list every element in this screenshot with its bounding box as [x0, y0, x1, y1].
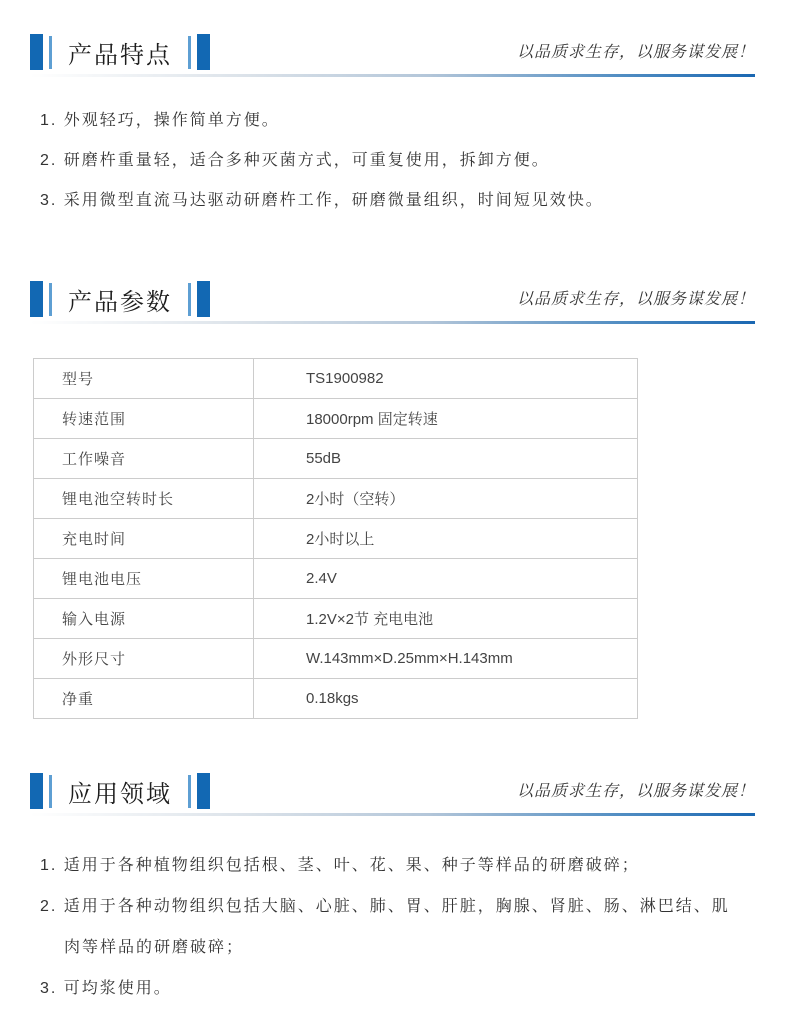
application-list: 1. 适用于各种植物组织包括根、茎、叶、花、果、种子等样品的研磨破碎； 2. 适…: [40, 845, 746, 1009]
accent-bar-thin-left-icon: [49, 775, 52, 808]
table-row: 充电时间 2小时以上: [34, 519, 638, 559]
param-label: 锂电池空转时长: [34, 479, 254, 519]
param-label: 锂电池电压: [34, 559, 254, 599]
list-item: 2. 研磨杵重量轻，适合多种灭菌方式，可重复使用，拆卸方便。: [40, 141, 755, 181]
slogan-text: 以品质求生存，以服务谋发展！: [517, 39, 755, 66]
param-value: 2小时（空转）: [254, 479, 638, 519]
param-value: 0.18kgs: [254, 679, 638, 719]
param-label: 型号: [34, 359, 254, 399]
accent-bar-thick-left-icon: [30, 773, 43, 809]
section-title-applications: 应用领域: [68, 774, 172, 809]
list-item: 3. 采用微型直流马达驱动研磨杵工作，研磨微量组织，时间短见效快。: [40, 181, 755, 221]
accent-bar-thin-left-icon: [49, 36, 52, 69]
accent-bar-thin-left-icon: [49, 283, 52, 316]
section-title-parameters: 产品参数: [68, 282, 172, 317]
list-item: 2. 适用于各种动物组织包括大脑、心脏、肺、胃、肝脏，胸腺、肾脏、肠、淋巴结、肌…: [40, 886, 746, 968]
section-parameters-header: 产品参数 以品质求生存，以服务谋发展！: [30, 280, 755, 318]
param-value: 1.2V×2节 充电电池: [254, 599, 638, 639]
section-features-header: 产品特点 以品质求生存，以服务谋发展！: [30, 33, 755, 71]
section-applications: 应用领域 以品质求生存，以服务谋发展！ 1. 适用于各种植物组织包括根、茎、叶、…: [30, 772, 755, 1009]
param-label: 输入电源: [34, 599, 254, 639]
feature-list: 1. 外观轻巧，操作简单方便。 2. 研磨杵重量轻，适合多种灭菌方式，可重复使用…: [40, 101, 755, 221]
list-item: 1. 外观轻巧，操作简单方便。: [40, 101, 755, 141]
section-parameters: 产品参数 以品质求生存，以服务谋发展！ 型号 TS1900982 转速范围 18…: [30, 280, 755, 719]
accent-bar-thick-left-icon: [30, 34, 43, 70]
gradient-divider: [30, 321, 755, 324]
section-applications-header: 应用领域 以品质求生存，以服务谋发展！: [30, 772, 755, 810]
accent-bar-thick-right-icon: [197, 773, 210, 809]
accent-bar-thin-right-icon: [188, 36, 191, 69]
table-row: 锂电池空转时长 2小时（空转）: [34, 479, 638, 519]
table-row: 型号 TS1900982: [34, 359, 638, 399]
table-row: 转速范围 18000rpm 固定转速: [34, 399, 638, 439]
slogan-text: 以品质求生存，以服务谋发展！: [517, 286, 755, 313]
list-item: 3. 可均浆使用。: [40, 968, 746, 1009]
list-item: 1. 适用于各种植物组织包括根、茎、叶、花、果、种子等样品的研磨破碎；: [40, 845, 746, 886]
param-label: 充电时间: [34, 519, 254, 559]
accent-bar-thick-right-icon: [197, 34, 210, 70]
accent-bar-thin-right-icon: [188, 283, 191, 316]
accent-bar-thick-left-icon: [30, 281, 43, 317]
gradient-divider: [30, 813, 755, 816]
section-features: 产品特点 以品质求生存，以服务谋发展！ 1. 外观轻巧，操作简单方便。 2. 研…: [30, 33, 755, 221]
section-title-features: 产品特点: [68, 35, 172, 70]
slogan-text: 以品质求生存，以服务谋发展！: [517, 778, 755, 805]
param-value: 55dB: [254, 439, 638, 479]
param-label: 外形尺寸: [34, 639, 254, 679]
accent-bar-thick-right-icon: [197, 281, 210, 317]
param-value: 2小时以上: [254, 519, 638, 559]
param-value: 18000rpm 固定转速: [254, 399, 638, 439]
table-row: 外形尺寸 W.143mm×D.25mm×H.143mm: [34, 639, 638, 679]
table-row: 锂电池电压 2.4V: [34, 559, 638, 599]
param-label: 转速范围: [34, 399, 254, 439]
parameters-table: 型号 TS1900982 转速范围 18000rpm 固定转速 工作噪音 55d…: [33, 358, 638, 719]
param-value: 2.4V: [254, 559, 638, 599]
table-row: 净重 0.18kgs: [34, 679, 638, 719]
table-row: 工作噪音 55dB: [34, 439, 638, 479]
gradient-divider: [30, 74, 755, 77]
param-label: 净重: [34, 679, 254, 719]
accent-bar-thin-right-icon: [188, 775, 191, 808]
param-value: TS1900982: [254, 359, 638, 399]
param-value: W.143mm×D.25mm×H.143mm: [254, 639, 638, 679]
param-label: 工作噪音: [34, 439, 254, 479]
table-row: 输入电源 1.2V×2节 充电电池: [34, 599, 638, 639]
